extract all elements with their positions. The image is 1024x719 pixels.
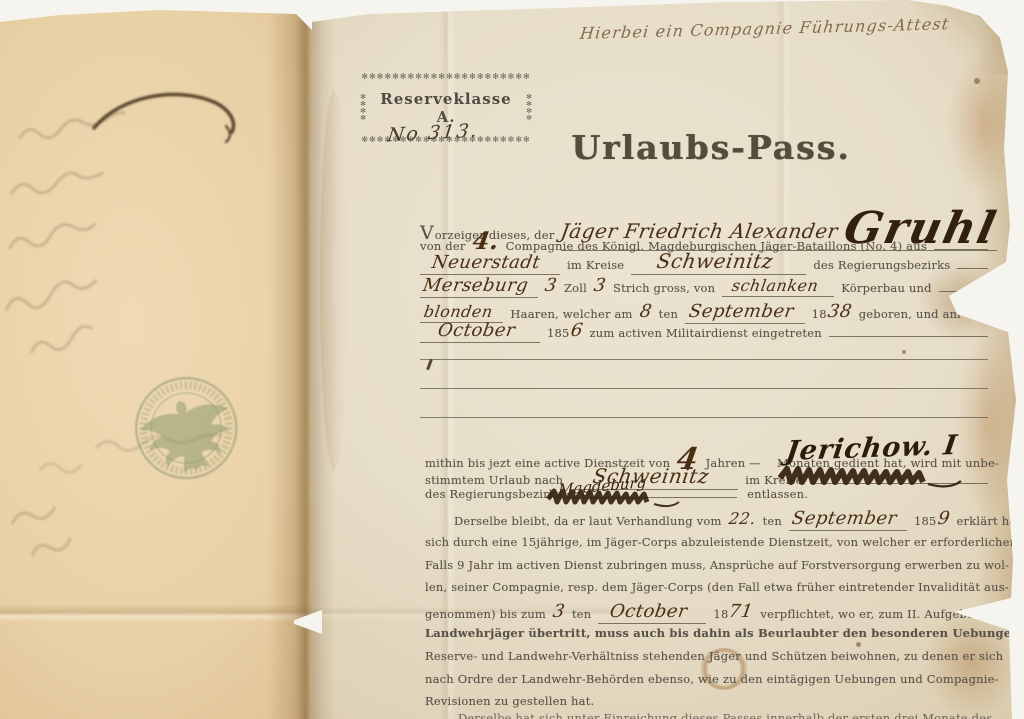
paragraph-line: nach Ordre der Landwehr-Behörden ebenso,… [425,672,1006,686]
printed-text: ten [572,607,591,621]
printed-text: 18 [812,307,827,321]
ornament-border-top: ✻✻✻✻✻✻✻✻✻✻✻✻✻✻✻✻✻✻✻✻✻✻ [358,72,534,81]
handwritten-correction: Jerichow. I [784,430,960,467]
handwritten-entry: 8 [638,301,653,322]
handwritten-entry: 71 [728,601,755,622]
form-line-district: Merseburg 3 Zoll 3 Strich gross, von sch… [420,276,988,298]
printed-text: verpflichtet, wo er, zum II. Aufgebot de… [760,607,1003,621]
printed-text: Reserve- und Landwehr-Verhältniss stehen… [425,649,1003,663]
paragraph-line: genommen) bis zum 3 ten October 18 71 ve… [425,602,1010,624]
printed-text: Revisionen zu gestellen hat. [425,694,594,708]
blank-rule [420,388,988,389]
ornament-border-right: ✻✻✻✻ [524,94,534,122]
printed-text: Falls 9 Jahr im activen Dienst zubringen… [425,558,1009,572]
stain [948,48,1018,198]
printed-text: Landwehrjäger übertritt, muss auch bis d… [425,626,1024,640]
paragraph-line: Reserve- und Landwehr-Verhältniss stehen… [425,649,1010,663]
printed-text: Haaren, welcher am [510,307,632,321]
printed-text: Derselbe hat sich unter Einreichung dies… [458,711,992,719]
blank-rule [420,417,988,418]
scanned-document: Hierbei ein Compagnie Führungs-Attest ✻✻… [0,0,1024,719]
handwritten-entry: 6 [569,320,584,341]
scribble-strikeout [778,464,963,490]
handwritten-entry: October [436,320,517,341]
handwritten-entry: Neuerstadt [431,252,543,273]
seam-smudge [320,90,348,470]
handwritten-entry: 3 [592,275,607,296]
handwritten-entry: 3 [966,298,983,322]
paragraph-line: Falls 9 Jahr im activen Dienst zubringen… [425,558,1016,572]
printed-text: sich durch eine 15jährige, im Jäger-Corp… [425,535,1017,549]
handwritten-entry: October [609,601,690,622]
printed-text: geboren, und am [859,307,961,321]
printed-text: Körperbau und [841,281,931,295]
fold-seam-shadow [268,0,312,719]
printed-text: ten [659,307,678,321]
paragraph-line: Landwehrjäger übertritt, muss auch bis d… [425,626,1024,640]
printed-text: des Regierungsbezirks [425,487,562,501]
document-title: Urlaubs-Pass. [546,128,876,167]
handwritten-entry: Schweinitz [655,249,775,273]
printed-text: 18 [713,607,728,621]
printed-text: 185 [914,514,937,528]
printed-text: Zoll [564,281,587,295]
handwritten-entry: 3 [543,275,558,296]
printed-text: Derselbe bleibt, da er laut Verhandlung … [454,514,722,528]
paragraph-line-partial: Derselbe hat sich unter Einreichung dies… [458,711,999,719]
printed-text: ten [763,514,782,528]
fold-crease [0,604,312,622]
form-line-hometown: Neuerstadt im Kreise Schweinitz des Regi… [420,250,988,275]
printed-text: len, seiner Compagnie, resp. dem Jäger-C… [425,580,1009,594]
handwritten-entry: September [790,508,898,529]
urlaubs-pass-page: Hierbei ein Compagnie Führungs-Attest ✻✻… [308,0,1020,719]
paragraph-line: Revisionen zu gestellen hat. [425,694,601,708]
handwritten-entry: blonden [422,302,494,321]
ink-flourish [94,94,233,142]
paragraph-line: len, seiner Compagnie, resp. dem Jäger-C… [425,580,1016,594]
blank-rule [420,359,988,360]
printed-text: nach Ordre der Landwehr-Behörden ebenso,… [425,672,999,686]
ink-spot [902,350,906,354]
paragraph-line: sich durch eine 15jährige, im Jäger-Corp… [425,535,1024,549]
printed-text: 185 [547,326,570,340]
handwritten-entry: 38 [826,301,853,322]
printed-text: im Kreise [567,258,624,272]
printed-text: des Regierungsbezirks [813,258,950,272]
printed-text: zum activen Militairdienst eingetreten [590,326,822,340]
ink-spot [974,78,980,84]
stray-ink-mark [426,359,432,370]
printed-text: stimmtem Urlaub nach [425,473,563,487]
form-line-enlistment: October 185 6 zum activen Militairdienst… [420,321,988,343]
printed-text: erklärt hat, [957,514,1024,528]
handwritten-entry: September [687,301,795,322]
handwritten-entry: 3 [551,601,566,622]
ink-spot [856,642,861,647]
printed-text: Strich gross, von [613,281,715,295]
paragraph-line: Derselbe bleibt, da er laut Verhandlung … [454,509,1024,531]
handwritten-entry: 22. [727,509,757,528]
ornament-border-left: ✻✻✻✻ [358,94,368,122]
printed-text: genommen) bis zum [425,607,546,621]
folded-page-back [0,0,312,719]
handwritten-entry: Merseburg [421,275,530,296]
handwritten-entry: schlanken [730,276,819,295]
handwritten-entry: 9 [936,508,951,529]
